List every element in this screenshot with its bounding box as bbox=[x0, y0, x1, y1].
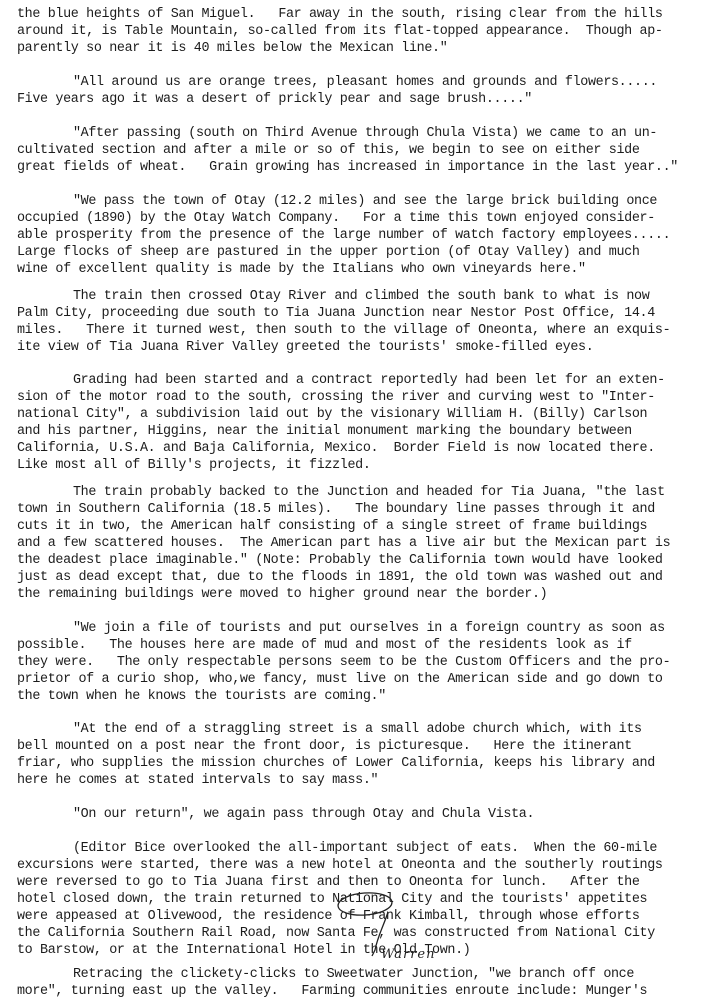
text-line: excursions were started, there was a new… bbox=[17, 857, 663, 874]
text-line: prietor of a curio shop, who,we fancy, m… bbox=[17, 671, 663, 688]
text-line: the town when he knows the tourists are … bbox=[17, 688, 386, 705]
text-line: the California Southern Rail Road, now S… bbox=[17, 925, 655, 942]
text-line: the blue heights of San Miguel. Far away… bbox=[17, 6, 663, 23]
text-line: were appeased at Olivewood, the residenc… bbox=[17, 908, 640, 925]
text-line: "We join a file of tourists and put ours… bbox=[73, 620, 665, 637]
text-line: "At the end of a straggling street is a … bbox=[73, 721, 642, 738]
text-line: the remaining buildings were moved to hi… bbox=[17, 586, 547, 603]
text-line: and a few scattered houses. The American… bbox=[17, 535, 670, 552]
text-line: The train probably backed to the Junctio… bbox=[73, 484, 665, 501]
text-line: friar, who supplies the mission churches… bbox=[17, 755, 655, 772]
text-line: Five years ago it was a desert of prickl… bbox=[17, 91, 532, 108]
text-line: sion of the motor road to the south, cro… bbox=[17, 389, 655, 406]
text-line: cuts it in two, the American half consis… bbox=[17, 518, 647, 535]
text-line: more", turning east up the valley. Farmi… bbox=[17, 983, 647, 1000]
text-line: possible. The houses here are made of mu… bbox=[17, 637, 632, 654]
text-line: were reversed to go to Tia Juana first a… bbox=[17, 874, 640, 891]
text-line: The train then crossed Otay River and cl… bbox=[73, 288, 649, 305]
text-line: Grading had been started and a contract … bbox=[73, 372, 665, 389]
handwritten-correction: Warren bbox=[381, 947, 435, 962]
text-line: the deadest place imaginable." (Note: Pr… bbox=[17, 552, 663, 569]
text-line: Retracing the clickety-clicks to Sweetwa… bbox=[73, 966, 634, 983]
text-line: just as dead except that, due to the flo… bbox=[17, 569, 663, 586]
text-line: able prosperity from the presence of the… bbox=[17, 227, 670, 244]
text-line: around it, is Table Mountain, so-called … bbox=[17, 23, 663, 40]
text-line: they were. The only respectable persons … bbox=[17, 654, 670, 671]
text-line: parently so near it is 40 miles below th… bbox=[17, 40, 447, 57]
text-line: bell mounted on a post near the front do… bbox=[17, 738, 632, 755]
text-line: town in Southern California (18.5 miles)… bbox=[17, 501, 655, 518]
text-line: occupied (1890) by the Otay Watch Compan… bbox=[17, 210, 655, 227]
text-line: "On our return", we again pass through O… bbox=[73, 806, 534, 823]
text-line: ite view of Tia Juana River Valley greet… bbox=[17, 339, 593, 356]
text-line: national City", a subdivision laid out b… bbox=[17, 406, 647, 423]
text-line: hotel closed down, the train returned to… bbox=[17, 891, 647, 908]
text-line: and his partner, Higgins, near the initi… bbox=[17, 423, 632, 440]
text-line: Large flocks of sheep are pastured in th… bbox=[17, 244, 640, 261]
text-line: here he comes at stated intervals to say… bbox=[17, 772, 378, 789]
text-line: "All around us are orange trees, pleasan… bbox=[73, 74, 657, 91]
text-line: wine of excellent quality is made by the… bbox=[17, 261, 586, 278]
text-line: "After passing (south on Third Avenue th… bbox=[73, 125, 657, 142]
text-line: miles. There it turned west, then south … bbox=[17, 322, 670, 339]
document-page: the blue heights of San Miguel. Far away… bbox=[0, 0, 719, 1000]
text-line: (Editor Bice overlooked the all-importan… bbox=[73, 840, 657, 857]
text-line: California, U.S.A. and Baja California, … bbox=[17, 440, 655, 457]
text-line: great fields of wheat. Grain growing has… bbox=[17, 159, 678, 176]
text-line: "We pass the town of Otay (12.2 miles) a… bbox=[73, 193, 657, 210]
text-line: cultivated section and after a mile or s… bbox=[17, 142, 640, 159]
text-line: Palm City, proceeding due south to Tia J… bbox=[17, 305, 655, 322]
text-line: Like most all of Billy's projects, it fi… bbox=[17, 457, 371, 474]
